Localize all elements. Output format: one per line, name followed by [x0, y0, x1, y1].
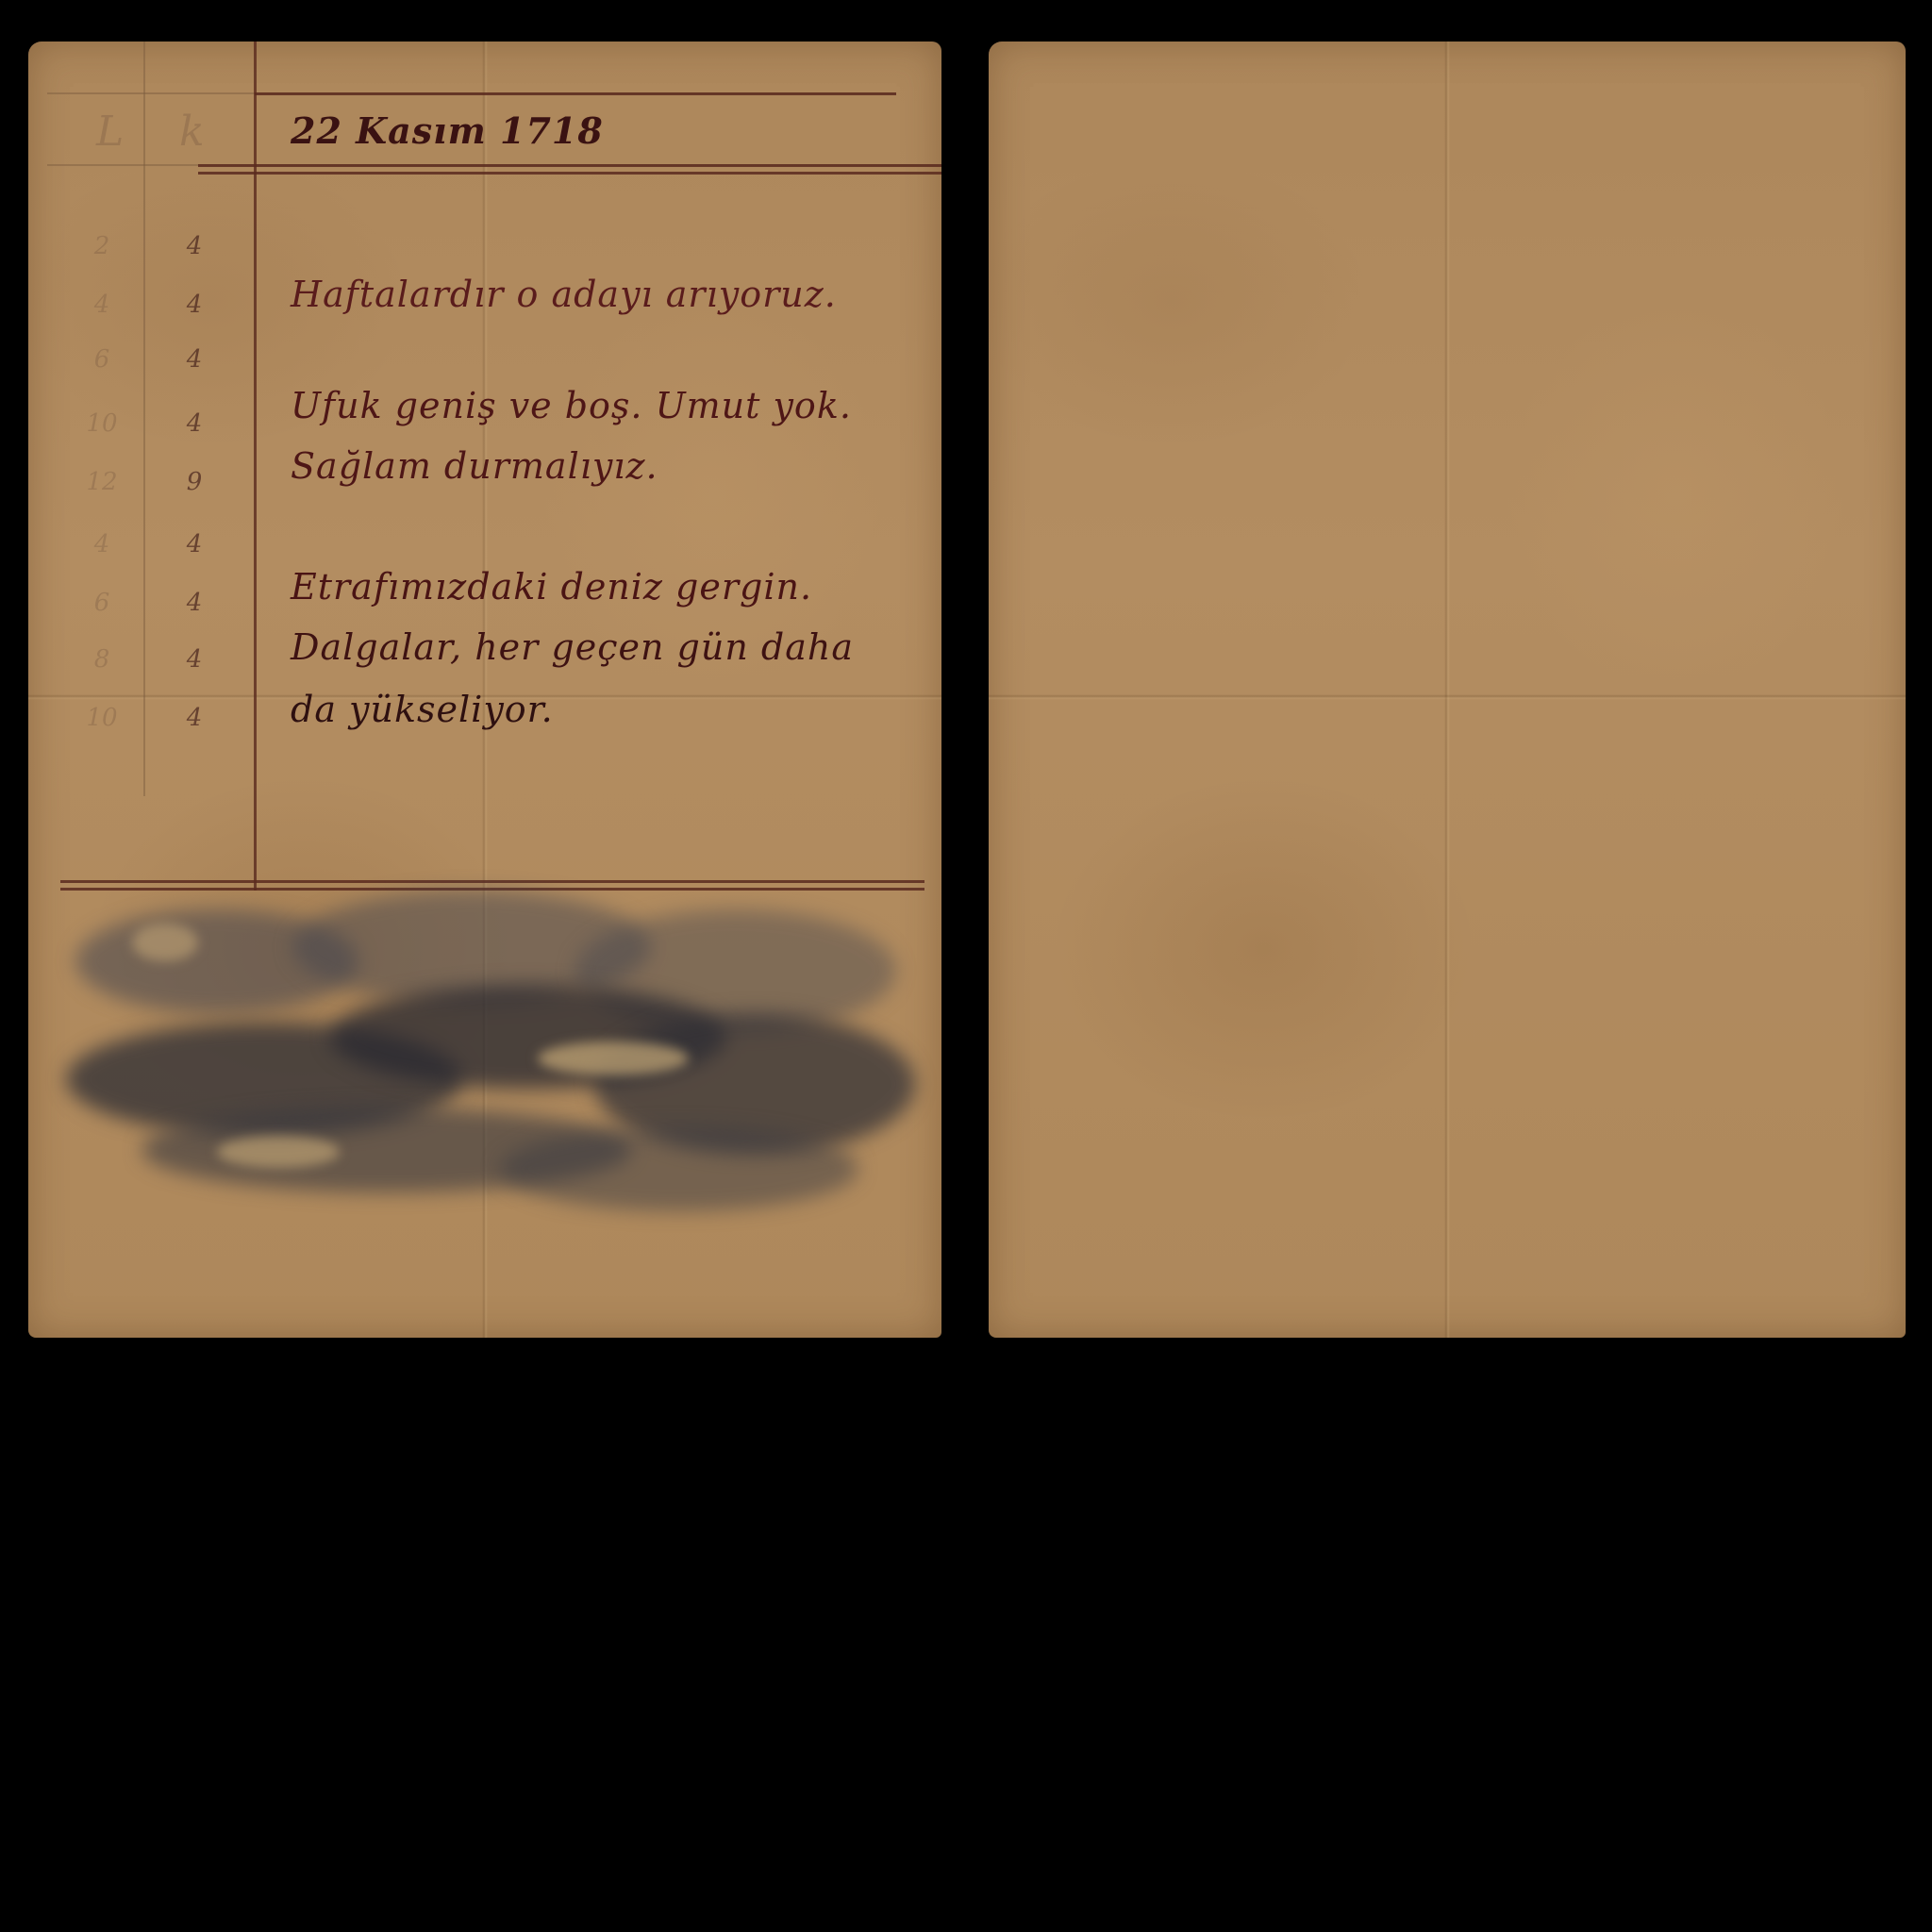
margin-number: 4: [83, 530, 121, 558]
margin-number: 8: [83, 645, 121, 674]
entry-date: 22 Kasım 1718: [291, 109, 604, 152]
margin-number: 4: [83, 291, 121, 319]
margin-number: 4: [175, 589, 213, 617]
header-bottom-rule-1: [198, 164, 941, 167]
margin-number: 12: [83, 468, 121, 496]
margin-line-main: [254, 42, 257, 891]
diary-page-right: [989, 42, 1906, 1338]
margin-line-secondary: [143, 42, 145, 796]
margin-number: 4: [175, 232, 213, 260]
stormy-sea-illustration: [47, 881, 934, 1230]
header-margin-glyph-b: k: [179, 108, 205, 156]
fold-crease-horizontal: [989, 694, 1906, 700]
margin-number: 4: [175, 704, 213, 732]
entry-line-3: Sağlam durmalıyız.: [291, 445, 658, 487]
margin-number: 2: [83, 232, 121, 260]
margin-number: 6: [83, 589, 121, 617]
entry-line-5: Dalgalar, her geçen gün daha: [291, 626, 854, 668]
header-bottom-rule-2: [198, 172, 941, 175]
fold-crease-vertical: [1444, 42, 1450, 1338]
margin-number: 9: [175, 468, 213, 496]
entry-line-1: Haftalardır o adayı arıyoruz.: [291, 274, 837, 315]
margin-number: 10: [83, 409, 121, 438]
margin-number: 4: [175, 530, 213, 558]
entry-line-4: Etrafımızdaki deniz gergin.: [291, 566, 812, 608]
margin-number: 4: [175, 291, 213, 319]
margin-number: 4: [175, 645, 213, 674]
entry-line-6: da yükseliyor.: [291, 689, 554, 730]
margin-number: 10: [83, 704, 121, 732]
entry-line-2: Ufuk geniş ve boş. Umut yok.: [291, 385, 852, 426]
margin-number: 4: [175, 409, 213, 438]
margin-number: 4: [175, 345, 213, 374]
header-top-rule: [255, 92, 896, 95]
margin-number: 6: [83, 345, 121, 374]
header-margin-glyph-a: L: [96, 108, 124, 156]
diary-page-left: L k 22 Kasım 1718 2 4 6 10 12 4 6 8 10 4…: [28, 42, 941, 1338]
